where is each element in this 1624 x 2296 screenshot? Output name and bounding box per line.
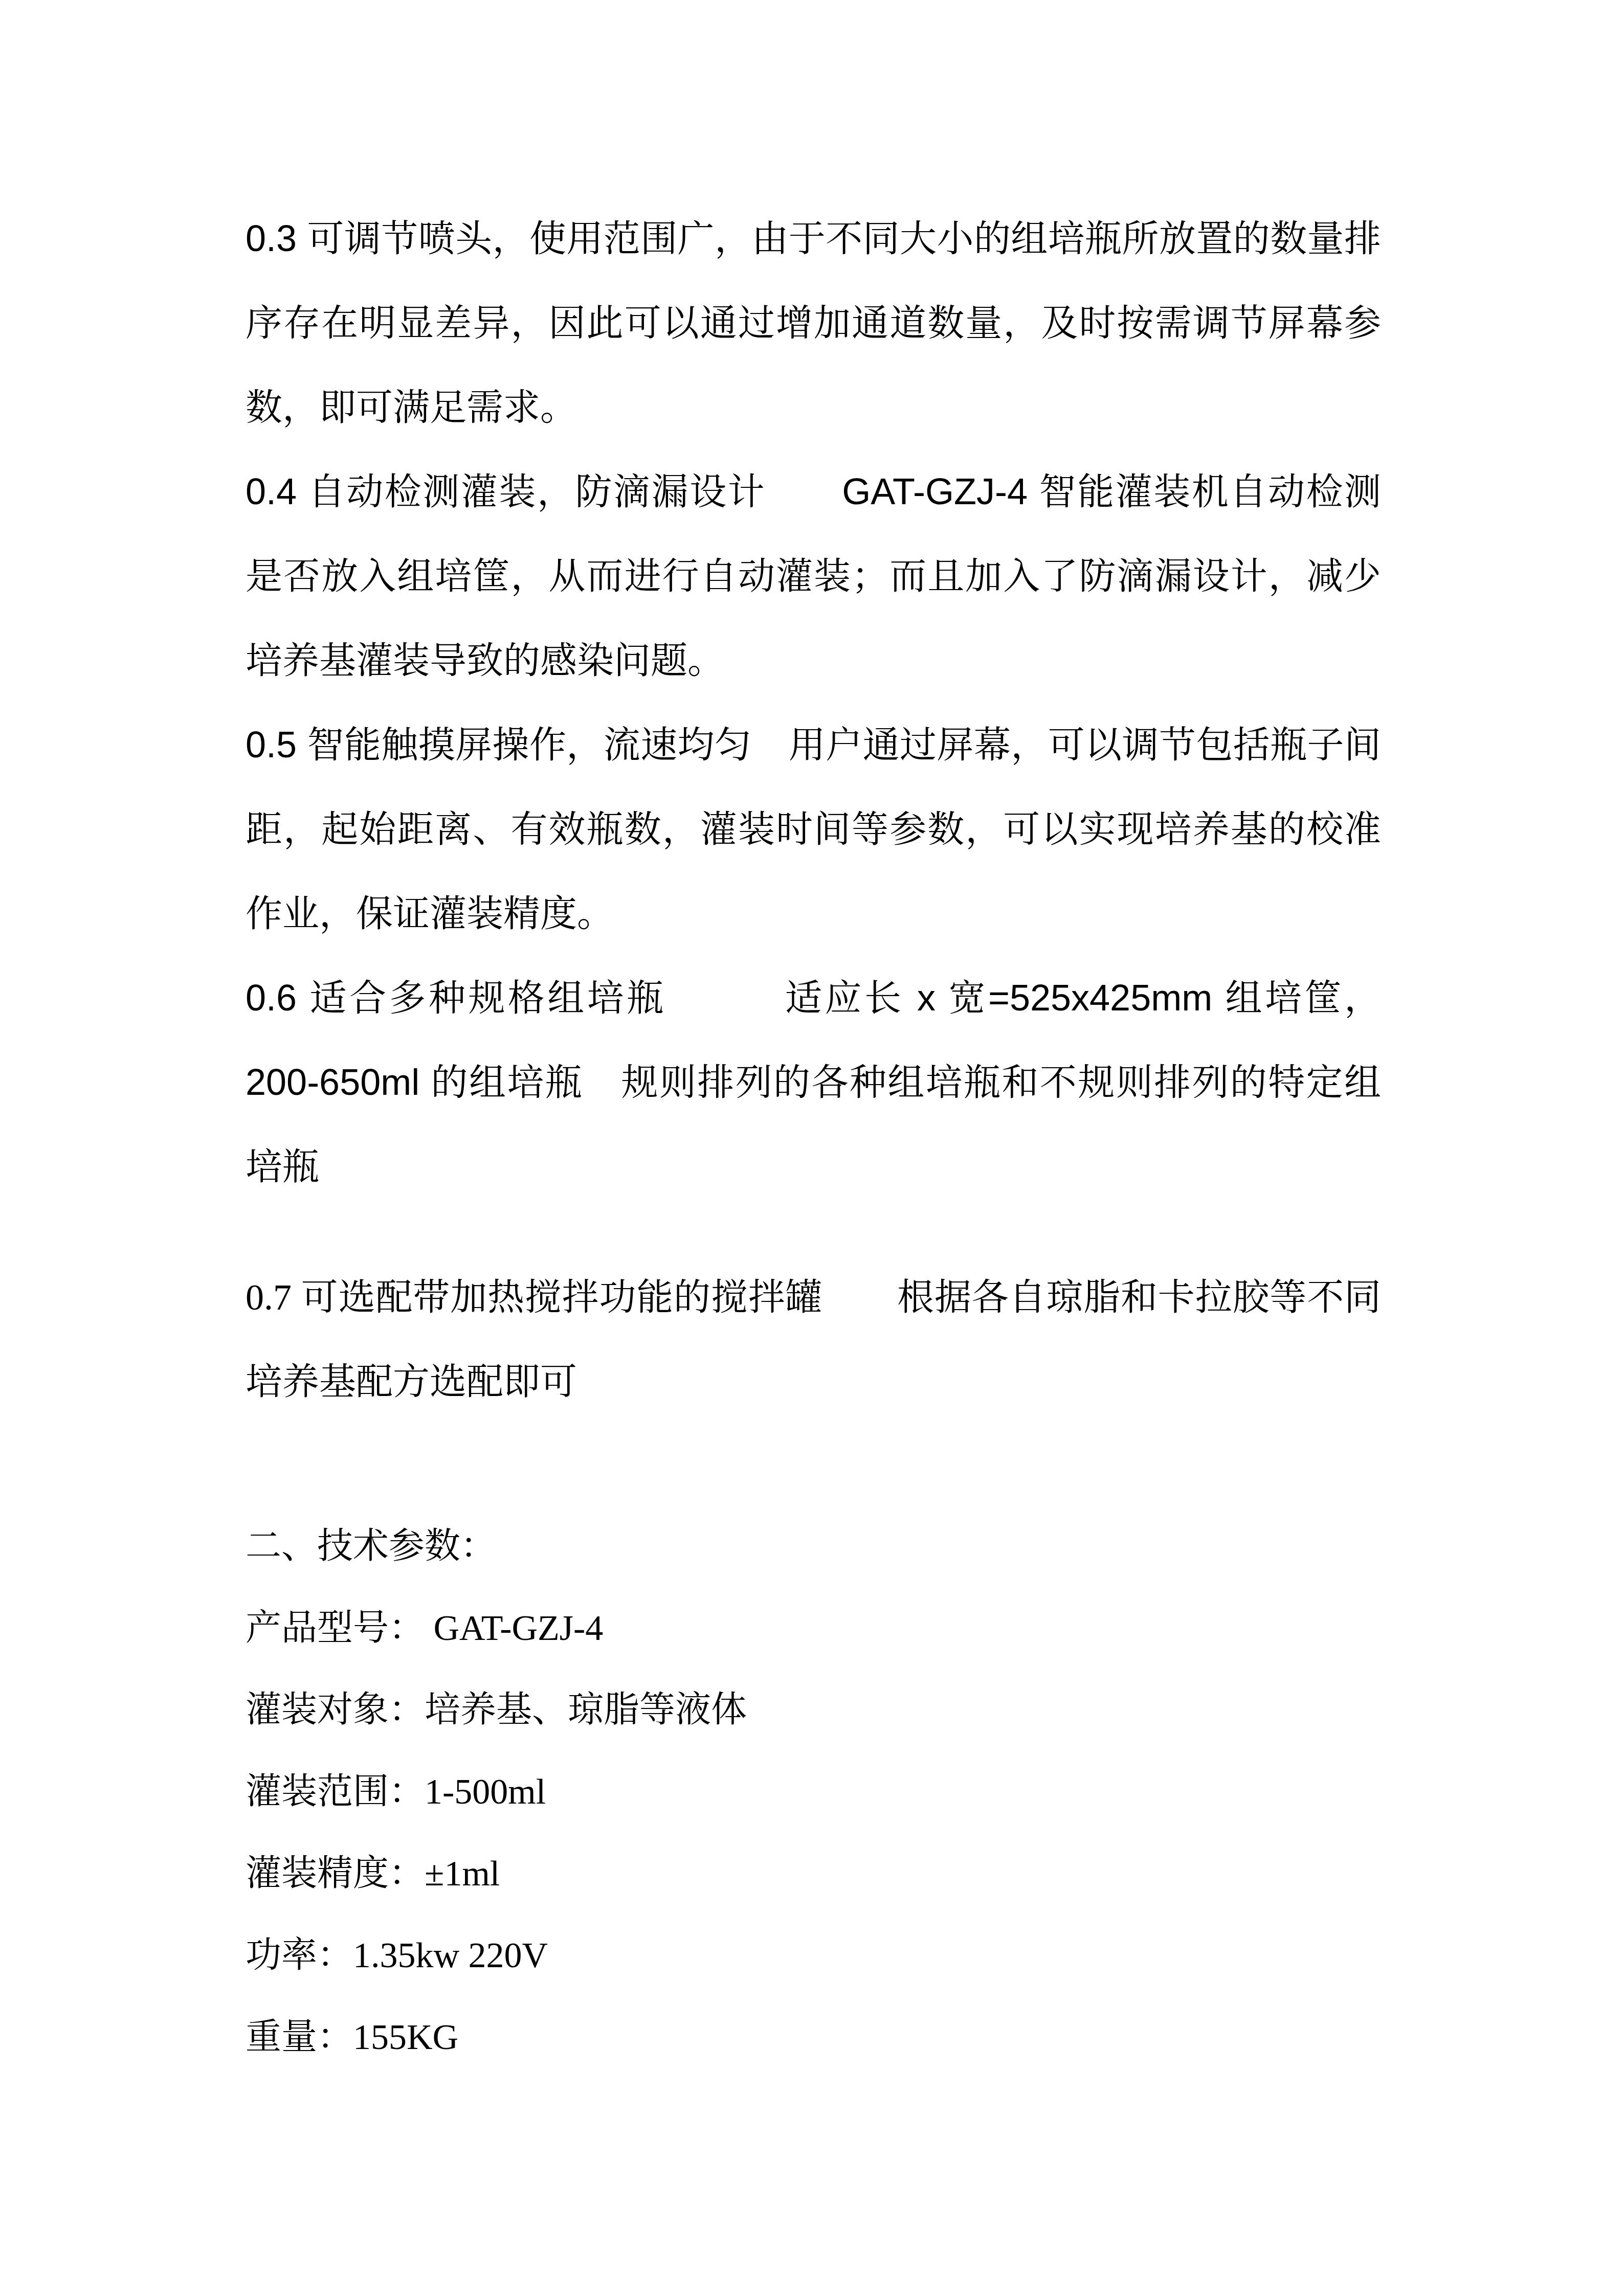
spec-line-filling-range: 灌装范围：1-500ml bbox=[246, 1751, 1381, 1833]
feature-paragraph-0-7: 0.7 可选配带加热搅拌功能的搅拌罐 根据各自琼脂和卡拉胶等不同培养基配方选配即… bbox=[246, 1255, 1381, 1424]
tech-section-heading: 二、技术参数： bbox=[246, 1506, 1381, 1588]
spec-line-filling-precision: 灌装精度：±1ml bbox=[246, 1833, 1381, 1915]
spec-line-power: 功率：1.35kw 220V bbox=[246, 1915, 1381, 1997]
document-page: 0.3 可调节喷头，使用范围广，由于不同大小的组培瓶所放置的数量排序存在明显差异… bbox=[246, 197, 1381, 2079]
feature-paragraph-0-4: 0.4 自动检测灌装，防滴漏设计 GAT-GZJ-4 智能灌装机自动检测是否放入… bbox=[246, 450, 1381, 703]
spec-line-model: 产品型号： GAT-GZJ-4 bbox=[246, 1588, 1381, 1670]
spec-line-weight: 重量：155KG bbox=[246, 1997, 1381, 2079]
feature-paragraph-0-3: 0.3 可调节喷头，使用范围广，由于不同大小的组培瓶所放置的数量排序存在明显差异… bbox=[246, 197, 1381, 450]
feature-paragraph-0-6: 0.6 适合多种规格组培瓶 适应长 x 宽=525x425mm 组培筐，200-… bbox=[246, 956, 1381, 1209]
feature-paragraph-0-5: 0.5 智能触摸屏操作，流速均匀 用户通过屏幕，可以调节包括瓶子间距，起始距离、… bbox=[246, 703, 1381, 956]
spec-line-filling-target: 灌装对象：培养基、琼脂等液体 bbox=[246, 1670, 1381, 1751]
